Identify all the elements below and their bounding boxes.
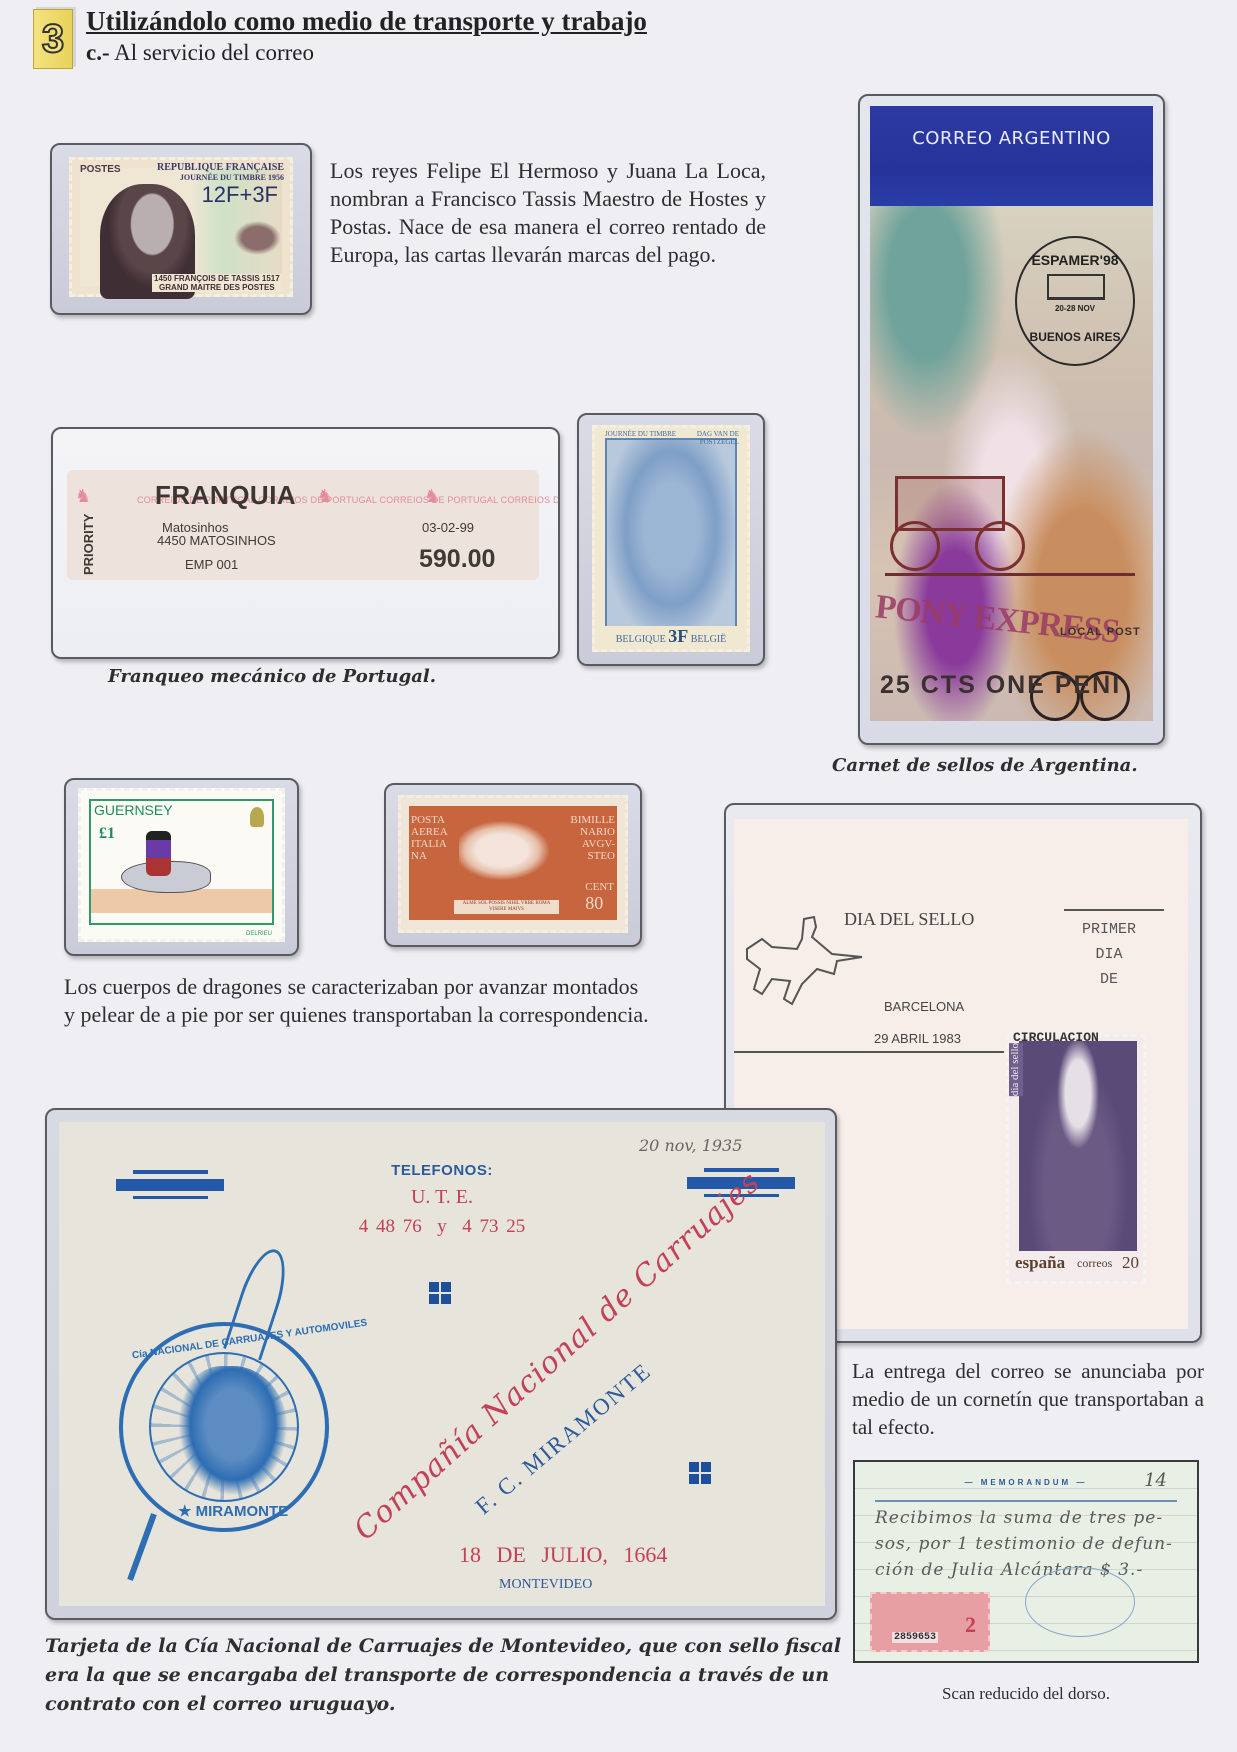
priority-text: PRIORITY	[81, 514, 96, 575]
stamp-country-text: REPUBLIQUE FRANÇAISEJOURNÉE DU TIMBRE 19…	[157, 163, 284, 183]
carriage-company-card: 20 nov, 1935 TELEFONOS: U. T. E. 4 48 76…	[59, 1122, 825, 1606]
carnet-artwork: ESPAMER'98 20-28 NOV BUENOS AIRES PONY E…	[870, 206, 1153, 721]
stamp-motto: ALME SOL POSSIS NIHIL VRBE ROMA VISERE M…	[454, 900, 559, 914]
intro-paragraph: Los reyes Felipe El Hermoso y Juana La L…	[330, 157, 766, 269]
queen-silhouette-icon	[250, 807, 264, 827]
horse-logo-icon: ♞	[424, 486, 440, 507]
stamp-legend: 1450 FRANÇOIS DE TASSIS 1517GRAND MAITRE…	[152, 274, 282, 292]
cornet-paragraph: La entrega del correo se anunciaba por m…	[852, 1357, 1204, 1441]
fiscal-stamp-number: 2859653	[892, 1632, 938, 1643]
belgium-stamp: JOURNÉE DU TIMBRE DAG VAN DE POSTZEGEL B…	[592, 425, 750, 652]
stamp-artwork: POSTAAEREAITALIANA BIMILLENARIOAVGV-STEO…	[409, 806, 617, 920]
stamp-value: 12F+3F	[202, 182, 278, 208]
location-line-2: 4450 MATOSINHOS	[157, 533, 276, 548]
fiscal-stamp-value: 2	[965, 1612, 976, 1638]
italy-stamp: POSTAAEREAITALIANA BIMILLENARIOAVGV-STEO…	[398, 795, 628, 933]
guernsey-stamp-mount: GUERNSEY £1 DELRIEU	[64, 778, 299, 956]
memo-number: 14	[1144, 1470, 1167, 1491]
postmark-date: 20-28 NOV	[1017, 304, 1133, 313]
wheel-icon	[975, 521, 1025, 571]
stamp-printer: DELRIEU	[246, 931, 272, 937]
horses-image	[459, 818, 554, 883]
spain-stamp: dia del sello CIRCULACION españa correos…	[1006, 1034, 1146, 1284]
one-penny-text: 25 CTS ONE PENI	[880, 671, 1121, 700]
stamp-artwork	[605, 438, 737, 639]
company-seal: Cía NACIONAL DE CARRUAJES Y AUTOMOVILES …	[119, 1322, 329, 1532]
company-oval-stamp	[1025, 1567, 1135, 1637]
uruguay-card-mount: 20 nov, 1935 TELEFONOS: U. T. E. 4 48 76…	[45, 1108, 837, 1620]
dragoon-rider-image	[146, 831, 171, 876]
memo-handwriting-line: sos, por 1 testimonio de defun-	[875, 1534, 1173, 1554]
stamp-top-left-text: JOURNÉE DU TIMBRE	[605, 430, 676, 438]
stamp-top-right-text: DAG VAN DE POSTZEGEL	[679, 430, 739, 446]
stamp-country: españa	[1015, 1253, 1065, 1273]
carnet-cover-band: CORREO ARGENTINO	[870, 106, 1153, 206]
handwritten-date: 20 nov, 1935	[639, 1136, 742, 1155]
stamp-postes-text: POSTES	[80, 164, 121, 175]
cancel-city: BARCELONA	[884, 999, 964, 1014]
france-stamp-mount: POSTES REPUBLIQUE FRANÇAISEJOURNÉE DU TI…	[50, 143, 312, 315]
portugal-label-mount: CORREIOS DE PORTUGAL CORREIOS DE PORTUGA…	[51, 427, 560, 659]
argentina-caption: Carnet de sellos de Argentina.	[832, 755, 1138, 776]
stamp-service: correos	[1077, 1256, 1112, 1271]
label-amount: 590.00	[419, 545, 495, 574]
first-day-text: PRIMER DIA DE	[1064, 909, 1154, 992]
subtitle-text: Al servicio del correo	[114, 40, 314, 65]
cancel-title: DIA DEL SELLO	[844, 909, 974, 930]
stamp-frame: GUERNSEY £1	[89, 799, 274, 925]
phones-label: TELEFONOS:	[59, 1162, 825, 1179]
horse-logo-icon: ♞	[317, 486, 333, 507]
section-number-badge: 3	[33, 9, 73, 69]
owner-name: F. C. MIRAMONTE	[471, 1358, 657, 1520]
local-post-text: LOCAL POST	[1060, 626, 1141, 638]
italy-stamp-mount: POSTAAEREAITALIANA BIMILLENARIOAVGV-STEO…	[384, 783, 642, 947]
company-address: 18 DE JULIO, 1664	[459, 1542, 667, 1568]
page-subtitle: c.- Al servicio del correo	[86, 40, 314, 66]
stamp-value: 20	[1122, 1253, 1139, 1273]
espamer-postmark: ESPAMER'98 20-28 NOV BUENOS AIRES	[1015, 236, 1135, 366]
company-city: MONTEVIDEO	[59, 1577, 825, 1593]
stamp-left-text: POSTAAEREAITALIANA	[411, 814, 448, 862]
stamp-right-text: BIMILLENARIOAVGV-STEO	[570, 814, 615, 862]
carnet-brand: CORREO ARGENTINO	[870, 128, 1153, 149]
stamp-side-text: dia del sello	[1009, 1043, 1023, 1096]
label-title: FRANQUIA	[155, 480, 296, 511]
cabildo-building-icon	[1047, 274, 1105, 300]
ornament-square-icon	[689, 1462, 711, 1484]
portugal-franking-label: CORREIOS DE PORTUGAL CORREIOS DE PORTUGA…	[67, 470, 539, 580]
memo-rule	[875, 1500, 1177, 1502]
cancel-date: 29 ABRIL 1983	[874, 1031, 961, 1046]
cancel-line	[734, 1051, 1004, 1053]
stamp-value: CENT80	[585, 881, 614, 914]
tassis-portrait-image	[1019, 1041, 1137, 1251]
horse-head-image	[178, 1366, 288, 1496]
portugal-caption: Franqueo mecánico de Portugal.	[108, 666, 436, 687]
guernsey-stamp: GUERNSEY £1 DELRIEU	[78, 788, 285, 942]
subtitle-prefix: c.-	[86, 40, 110, 65]
wheel-icon	[890, 521, 940, 571]
fdc-bar	[1064, 909, 1164, 911]
belgium-stamp-mount: JOURNÉE DU TIMBRE DAG VAN DE POSTZEGEL B…	[577, 413, 765, 666]
postmark-bottom-text: BUENOS AIRES	[1017, 330, 1133, 344]
uruguay-caption: Tarjeta de la Cía Nacional de Carruajes …	[45, 1632, 845, 1719]
seal-bottom-text: ★ MIRAMONTE	[178, 1502, 288, 1520]
fiscal-stamp: 2859653 2	[870, 1592, 990, 1652]
whip-handle-icon	[127, 1513, 157, 1581]
stagecoach-image	[885, 466, 1135, 576]
postmark-top-text: ESPAMER'98	[1017, 252, 1133, 268]
machine-id: EMP 001	[185, 557, 238, 572]
horse-rider-image	[230, 218, 285, 258]
memorandum-back-scan: — MEMORANDUM — 14 Recibimos la suma de t…	[853, 1460, 1199, 1663]
memorandum-caption: Scan reducido del dorso.	[853, 1684, 1199, 1704]
fdc-circulacion-text: CIRCULACION	[1013, 1030, 1099, 1045]
ornament-square-icon	[429, 1282, 451, 1304]
horse-logo-icon: ♞	[75, 486, 91, 507]
dragoons-paragraph: Los cuerpos de dragones se caracterizaba…	[64, 973, 654, 1029]
stamp-bottom-text: BELGIQUE 3F BELGIË	[595, 626, 747, 647]
memo-handwriting-line: Recibimos la suma de tres pe-	[875, 1508, 1163, 1528]
argentina-carnet-mount: CORREO ARGENTINO ESPAMER'98 20-28 NOV BU…	[858, 94, 1165, 745]
stamp-country: GUERNSEY	[94, 802, 173, 818]
page-title: Utilizándolo como medio de transporte y …	[86, 6, 647, 37]
stamp-value: £1	[99, 825, 115, 843]
france-stamp: POSTES REPUBLIQUE FRANÇAISEJOURNÉE DU TI…	[69, 157, 293, 297]
label-date: 03-02-99	[422, 520, 474, 535]
